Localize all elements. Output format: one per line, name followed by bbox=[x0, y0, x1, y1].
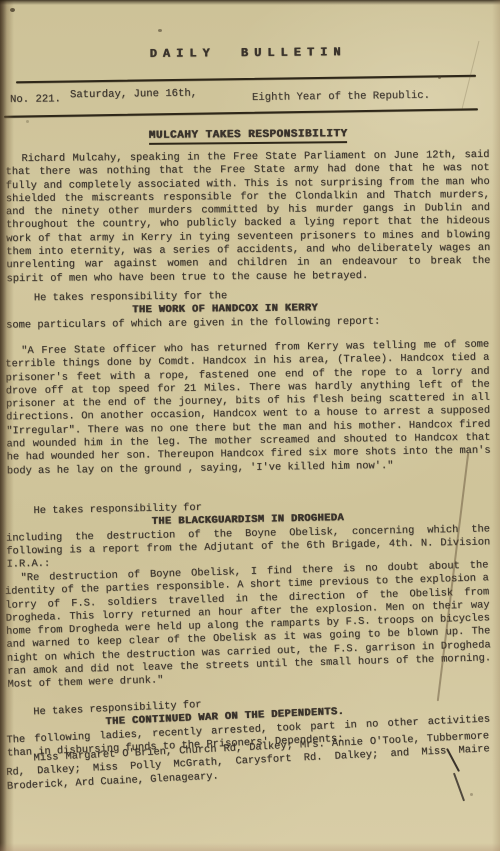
page-right-edge-shadow bbox=[492, 0, 500, 851]
paper-speck bbox=[158, 29, 162, 32]
headline-text: MULCAHY TAKES RESPONSIBILITY bbox=[149, 128, 348, 145]
issue-year: Eighth Year of the Republic. bbox=[252, 90, 430, 104]
paper-speck bbox=[10, 8, 15, 12]
page-top-edge-shadow bbox=[0, 0, 500, 5]
paper-speck bbox=[470, 793, 473, 796]
masthead-title: DAILY BULLETIN bbox=[6, 44, 490, 62]
section-kerry-header: He takes responsibility for the THE WORK… bbox=[6, 287, 490, 332]
paper-speck bbox=[26, 120, 29, 123]
headline: MULCAHY TAKES RESPONSIBILITY bbox=[6, 122, 490, 144]
bulletin-page: DAILY BULLETIN No. 221. Saturday, June 1… bbox=[0, 0, 500, 851]
section-kerry-body: "A Free State officer who has returned f… bbox=[5, 339, 491, 479]
issue-date: Saturday, June 16th, bbox=[70, 88, 197, 102]
pen-stroke-mark bbox=[453, 773, 465, 802]
divider-rule-top bbox=[16, 75, 476, 83]
page-bottom-edge-shadow bbox=[0, 843, 500, 851]
section-drogheda-body: "Re destruction of Boyne Obelisk, I find… bbox=[4, 559, 491, 692]
intro-paragraph: Richard Mulcahy, speaking in the Free St… bbox=[5, 149, 490, 286]
issue-number: No. 221. bbox=[10, 93, 61, 106]
